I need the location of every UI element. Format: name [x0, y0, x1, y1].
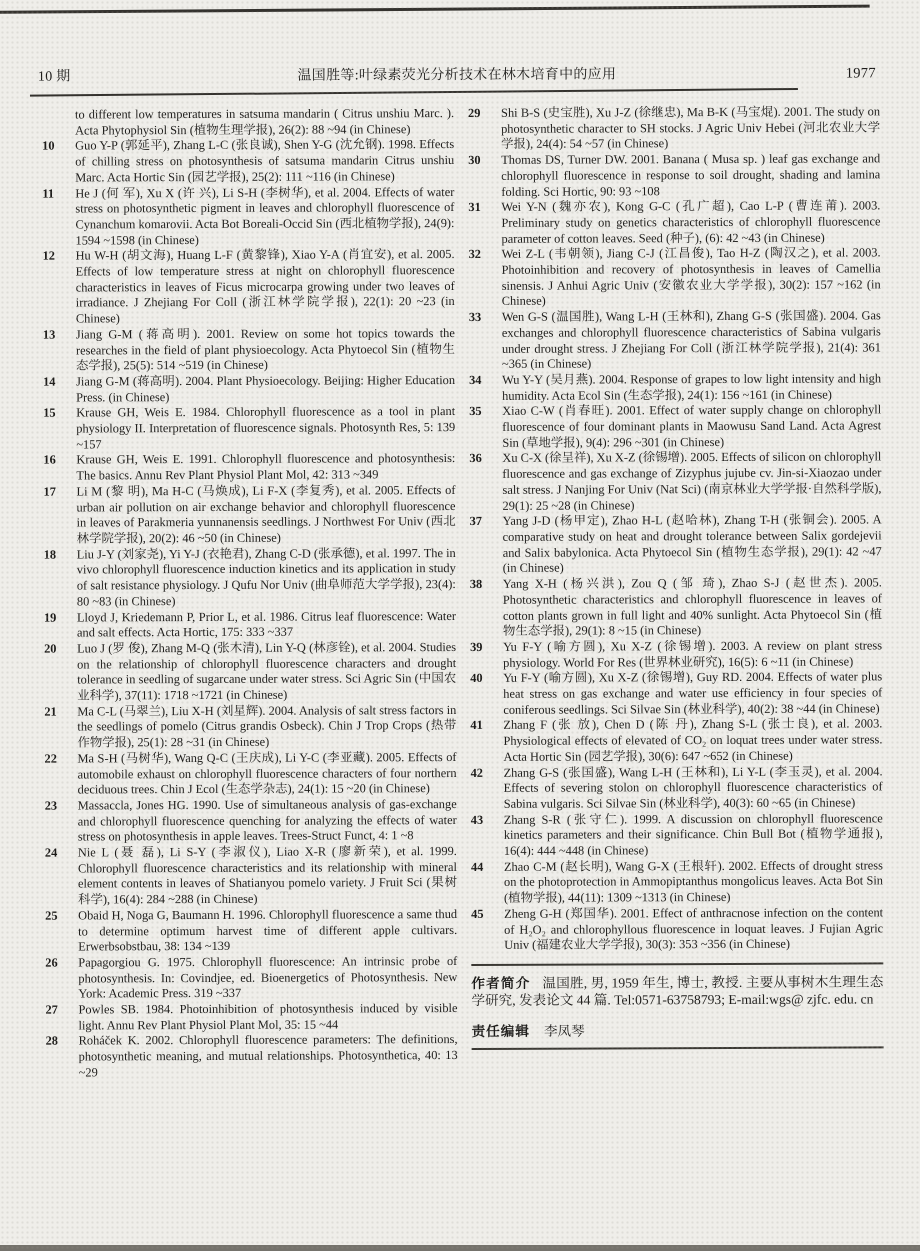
reference-item: 35 Xiao C-W (肖春旺). 2001. Effect of water…: [469, 403, 881, 452]
reference-number: 39: [470, 640, 491, 656]
reference-number: 14: [43, 374, 64, 390]
author-bio-text: 温国胜, 男, 1959 年生, 博士, 教授. 主要从事树木生理生态学研究, …: [471, 974, 883, 1008]
reference-item: 19 Lloyd J, Kriedemann P, Prior L, et al…: [44, 609, 456, 642]
references-right-column-wrap: 29 Shi B-S (史宝胜), Xu J-Z (徐继忠), Ma B-K (…: [468, 104, 884, 1079]
author-bio-rule-bottom: [472, 1046, 884, 1050]
reference-text: Zhang G-S (张国盛), Wang L-H (王林和), Li Y-L …: [504, 764, 883, 813]
reference-number: 44: [471, 860, 492, 876]
reference-number: 26: [45, 955, 66, 971]
reference-item: 40 Yu F-Y (喻方圆), Xu X-Z (徐锡增), Guy RD. 2…: [470, 670, 882, 719]
reference-item: 16 Krause GH, Weis E. 1991. Chlorophyll …: [43, 451, 455, 484]
reference-item: 31 Wei Y-N (魏亦农), Kong G-C (孔广超), Cao L-…: [468, 199, 880, 248]
scan-bottom-edge: [0, 1245, 920, 1251]
reference-item: 43 Zhang S-R (张守仁). 1999. A discussion o…: [471, 811, 883, 860]
reference-text: Massaccla, Jones HG. 1990. Use of simult…: [78, 797, 457, 846]
author-bio-rule-top: [471, 962, 883, 966]
reference-item: 24 Nie L (聂 磊), Li S-Y (李淑仪), Liao X-R (…: [45, 844, 457, 908]
reference-item: to different low temperatures in satsuma…: [42, 106, 454, 139]
reference-text: Obaid H, Noga G, Baumann H. 1996. Chloro…: [78, 907, 457, 956]
reference-number: 20: [44, 641, 65, 657]
header-rule: [30, 88, 798, 97]
reference-item: 28 Roháček K. 2002. Chlorophyll fluoresc…: [46, 1032, 458, 1081]
references-section: to different low temperatures in satsuma…: [42, 104, 884, 1081]
reference-text: Ma C-L (马翠兰), Liu X-H (刘星辉). 2004. Analy…: [77, 703, 456, 752]
reference-text: Zhao C-M (赵长明), Wang G-X (王根轩). 2002. Ef…: [504, 858, 883, 907]
managing-editor-line: 责任编辑李凤琴: [472, 1018, 884, 1040]
reference-text: Xu C-X (徐呈祥), Xu X-Z (徐锡增). 2005. Effect…: [502, 450, 881, 514]
reference-text: Yang J-D (杨甲定), Zhao H-L (赵哈林), Zhang T-…: [503, 513, 882, 577]
author-bio-label: 作者简介: [471, 976, 530, 991]
reference-text: Jiang G-M (蒋高明). 2001. Review on some ho…: [76, 326, 455, 375]
reference-number: 41: [470, 718, 491, 734]
reference-number: 37: [470, 514, 491, 530]
reference-item: 12 Hu W-H (胡文海), Huang L-F (黄黎锋), Xiao Y…: [43, 247, 455, 327]
reference-item: 29 Shi B-S (史宝胜), Xu J-Z (徐继忠), Ma B-K (…: [468, 104, 880, 153]
reference-item: 34 Wu Y-Y (吴月燕). 2004. Response of grape…: [469, 371, 881, 404]
reference-item: 36 Xu C-X (徐呈祥), Xu X-Z (徐锡增). 2005. Eff…: [469, 450, 881, 514]
reference-item: 32 Wei Z-L (韦朝领), Jiang C-J (江昌俊), Tao H…: [469, 246, 881, 310]
reference-item: 30 Thomas DS, Turner DW. 2001. Banana ( …: [468, 151, 880, 200]
reference-number: 32: [469, 247, 490, 263]
reference-text: Luo J (罗 俊), Zhang M-Q (张木清), Lin Y-Q (林…: [77, 640, 456, 704]
reference-number: 24: [45, 846, 66, 862]
reference-text: Nie L (聂 磊), Li S-Y (李淑仪), Liao X-R (廖新荣…: [78, 844, 457, 908]
reference-number: 29: [468, 106, 489, 122]
reference-item: 39 Yu F-Y (喻方圆), Xu X-Z (徐锡增). 2003. A r…: [470, 638, 882, 671]
reference-text: Jiang G-M (蒋高明). 2004. Plant Physioecolo…: [76, 373, 455, 406]
reference-number: 11: [42, 186, 63, 202]
reference-number: 28: [46, 1034, 67, 1050]
reference-item: 41 Zhang F (张 放), Chen D (陈 丹), Zhang S-…: [470, 717, 882, 766]
reference-text: Li M (黎 明), Ma H-C (马焕成), Li F-X (李复秀), …: [76, 483, 455, 547]
reference-number: 27: [45, 1003, 66, 1019]
author-bio-section: 作者简介温国胜, 男, 1959 年生, 博士, 教授. 主要从事树木生理生态学…: [471, 962, 883, 1050]
reference-text: Wei Z-L (韦朝领), Jiang C-J (江昌俊), Tao H-Z …: [502, 246, 881, 310]
reference-text: Xiao C-W (肖春旺). 2001. Effect of water su…: [502, 403, 881, 452]
reference-text: Wu Y-Y (吴月燕). 2004. Response of grapes t…: [502, 371, 881, 404]
reference-item: 15 Krause GH, Weis E. 1984. Chlorophyll …: [43, 404, 455, 453]
reference-item: 17 Li M (黎 明), Ma H-C (马焕成), Li F-X (李复秀…: [43, 483, 455, 547]
page-number: 1977: [756, 65, 876, 82]
references-right-column: 29 Shi B-S (史宝胜), Xu J-Z (徐继忠), Ma B-K (…: [468, 104, 883, 954]
reference-item: 20 Luo J (罗 俊), Zhang M-Q (张木清), Lin Y-Q…: [44, 640, 456, 704]
reference-item: 25 Obaid H, Noga G, Baumann H. 1996. Chl…: [45, 907, 457, 956]
reference-item: 45 Zheng G-H (郑国华). 2001. Effect of anth…: [471, 905, 883, 954]
reference-number: 30: [468, 153, 489, 169]
reference-number: 45: [471, 907, 492, 923]
reference-number: 35: [469, 404, 490, 420]
reference-text: Zhang F (张 放), Chen D (陈 丹), Zhang S-L (…: [503, 717, 882, 766]
reference-item: 13 Jiang G-M (蒋高明). 2001. Review on some…: [43, 326, 455, 375]
reference-text: Yang X-H (杨兴洪), Zou Q (邹 琦), Zhao S-J (赵…: [503, 575, 882, 639]
reference-item: 21 Ma C-L (马翠兰), Liu X-H (刘星辉). 2004. An…: [44, 703, 456, 752]
reference-text: He J (何 军), Xu X (许 兴), Li S-H (李树华), et…: [75, 185, 454, 249]
reference-number: 33: [469, 310, 490, 326]
reference-text: to different low temperatures in satsuma…: [75, 106, 454, 139]
reference-number: 15: [43, 406, 64, 422]
reference-item: 33 Wen G-S (温国胜), Wang L-H (王林和), Zhang …: [469, 309, 881, 373]
reference-item: 42 Zhang G-S (张国盛), Wang L-H (王林和), Li Y…: [471, 764, 883, 813]
reference-text: Hu W-H (胡文海), Huang L-F (黄黎锋), Xiao Y-A …: [76, 247, 455, 327]
reference-item: 22 Ma S-H (马树华), Wang Q-C (王庆成), Li Y-C …: [44, 750, 456, 799]
reference-item: 26 Papagorgiou G. 1975. Chlorophyll fluo…: [45, 954, 457, 1003]
reference-text: Roháček K. 2002. Chlorophyll fluorescenc…: [79, 1032, 458, 1081]
reference-number: 43: [471, 813, 492, 829]
reference-number: 42: [471, 765, 492, 781]
reference-number: 16: [43, 453, 64, 469]
reference-number: 25: [45, 908, 66, 924]
reference-text: Ma S-H (马树华), Wang Q-C (王庆成), Li Y-C (李亚…: [77, 750, 456, 799]
reference-number: 18: [44, 547, 65, 563]
reference-text: Zhang S-R (张守仁). 1999. A discussion on c…: [504, 811, 883, 860]
reference-number: 19: [44, 610, 65, 626]
scan-top-edge-line: [0, 5, 870, 14]
managing-editor-name: 李凤琴: [544, 1023, 585, 1038]
reference-text: Shi B-S (史宝胜), Xu J-Z (徐继忠), Ma B-K (马宝焜…: [501, 104, 880, 153]
reference-number: 23: [45, 798, 66, 814]
reference-number: 17: [43, 484, 64, 500]
reference-number: 12: [43, 249, 64, 265]
reference-number: 10: [42, 139, 63, 155]
reference-number: 13: [43, 327, 64, 343]
references-left-column: to different low temperatures in satsuma…: [42, 106, 458, 1081]
reference-number: 36: [469, 451, 490, 467]
managing-editor-label: 责任编辑: [472, 1024, 530, 1039]
reference-number: 34: [469, 373, 490, 389]
reference-text: Krause GH, Weis E. 1984. Chlorophyll flu…: [76, 404, 455, 453]
reference-item: 38 Yang X-H (杨兴洪), Zou Q (邹 琦), Zhao S-J…: [470, 575, 882, 639]
reference-item: 18 Liu J-Y (刘家尧), Yi Y-J (衣艳君), Zhang C-…: [44, 546, 456, 610]
reference-item: 10 Guo Y-P (郭延平), Zhang L-C (张良诚), Shen …: [42, 137, 454, 186]
reference-item: 37 Yang J-D (杨甲定), Zhao H-L (赵哈林), Zhang…: [470, 513, 882, 577]
reference-text: Krause GH, Weis E. 1991. Chlorophyll flu…: [76, 451, 455, 484]
reference-text: Liu J-Y (刘家尧), Yi Y-J (衣艳君), Zhang C-D (…: [77, 546, 456, 610]
reference-text: Wei Y-N (魏亦农), Kong G-C (孔广超), Cao L-P (…: [501, 199, 880, 248]
reference-number: 22: [44, 751, 65, 767]
reference-number: 38: [470, 577, 491, 593]
journal-page-header: 10 期 温国胜等:叶绿素荧光分析技术在林木培育中的应用 1977: [38, 62, 876, 85]
reference-number: 31: [468, 200, 489, 216]
reference-item: 14 Jiang G-M (蒋高明). 2004. Plant Physioec…: [43, 373, 455, 406]
reference-item: 23 Massaccla, Jones HG. 1990. Use of sim…: [45, 797, 457, 846]
reference-text: Wen G-S (温国胜), Wang L-H (王林和), Zhang G-S…: [502, 309, 881, 373]
reference-item: 44 Zhao C-M (赵长明), Wang G-X (王根轩). 2002.…: [471, 858, 883, 907]
reference-text: Yu F-Y (喻方圆), Xu X-Z (徐锡增). 2003. A revi…: [503, 638, 882, 671]
reference-text: Yu F-Y (喻方圆), Xu X-Z (徐锡增), Guy RD. 2004…: [503, 670, 882, 719]
reference-item: 11 He J (何 军), Xu X (许 兴), Li S-H (李树华),…: [42, 185, 454, 249]
author-bio-paragraph: 作者简介温国胜, 男, 1959 年生, 博士, 教授. 主要从事树木生理生态学…: [471, 973, 883, 1010]
reference-text: Zheng G-H (郑国华). 2001. Effect of anthrac…: [504, 905, 883, 954]
reference-text: Lloyd J, Kriedemann P, Prior L, et al. 1…: [77, 609, 456, 642]
reference-text: Thomas DS, Turner DW. 2001. Banana ( Mus…: [501, 151, 880, 200]
issue-label: 10 期: [38, 65, 158, 85]
reference-text: Powles SB. 1984. Photoinhibition of phot…: [78, 1001, 457, 1034]
reference-text: Papagorgiou G. 1975. Chlorophyll fluores…: [78, 954, 457, 1003]
scanned-page: 10 期 温国胜等:叶绿素荧光分析技术在林木培育中的应用 1977 to dif…: [0, 0, 920, 1251]
reference-text: Guo Y-P (郭延平), Zhang L-C (张良诚), Shen Y-G…: [75, 137, 454, 186]
running-title: 温国胜等:叶绿素荧光分析技术在林木培育中的应用: [158, 63, 756, 85]
reference-item: 27 Powles SB. 1984. Photoinhibition of p…: [45, 1001, 457, 1034]
reference-number: 21: [44, 704, 65, 720]
reference-number: 40: [470, 671, 491, 687]
